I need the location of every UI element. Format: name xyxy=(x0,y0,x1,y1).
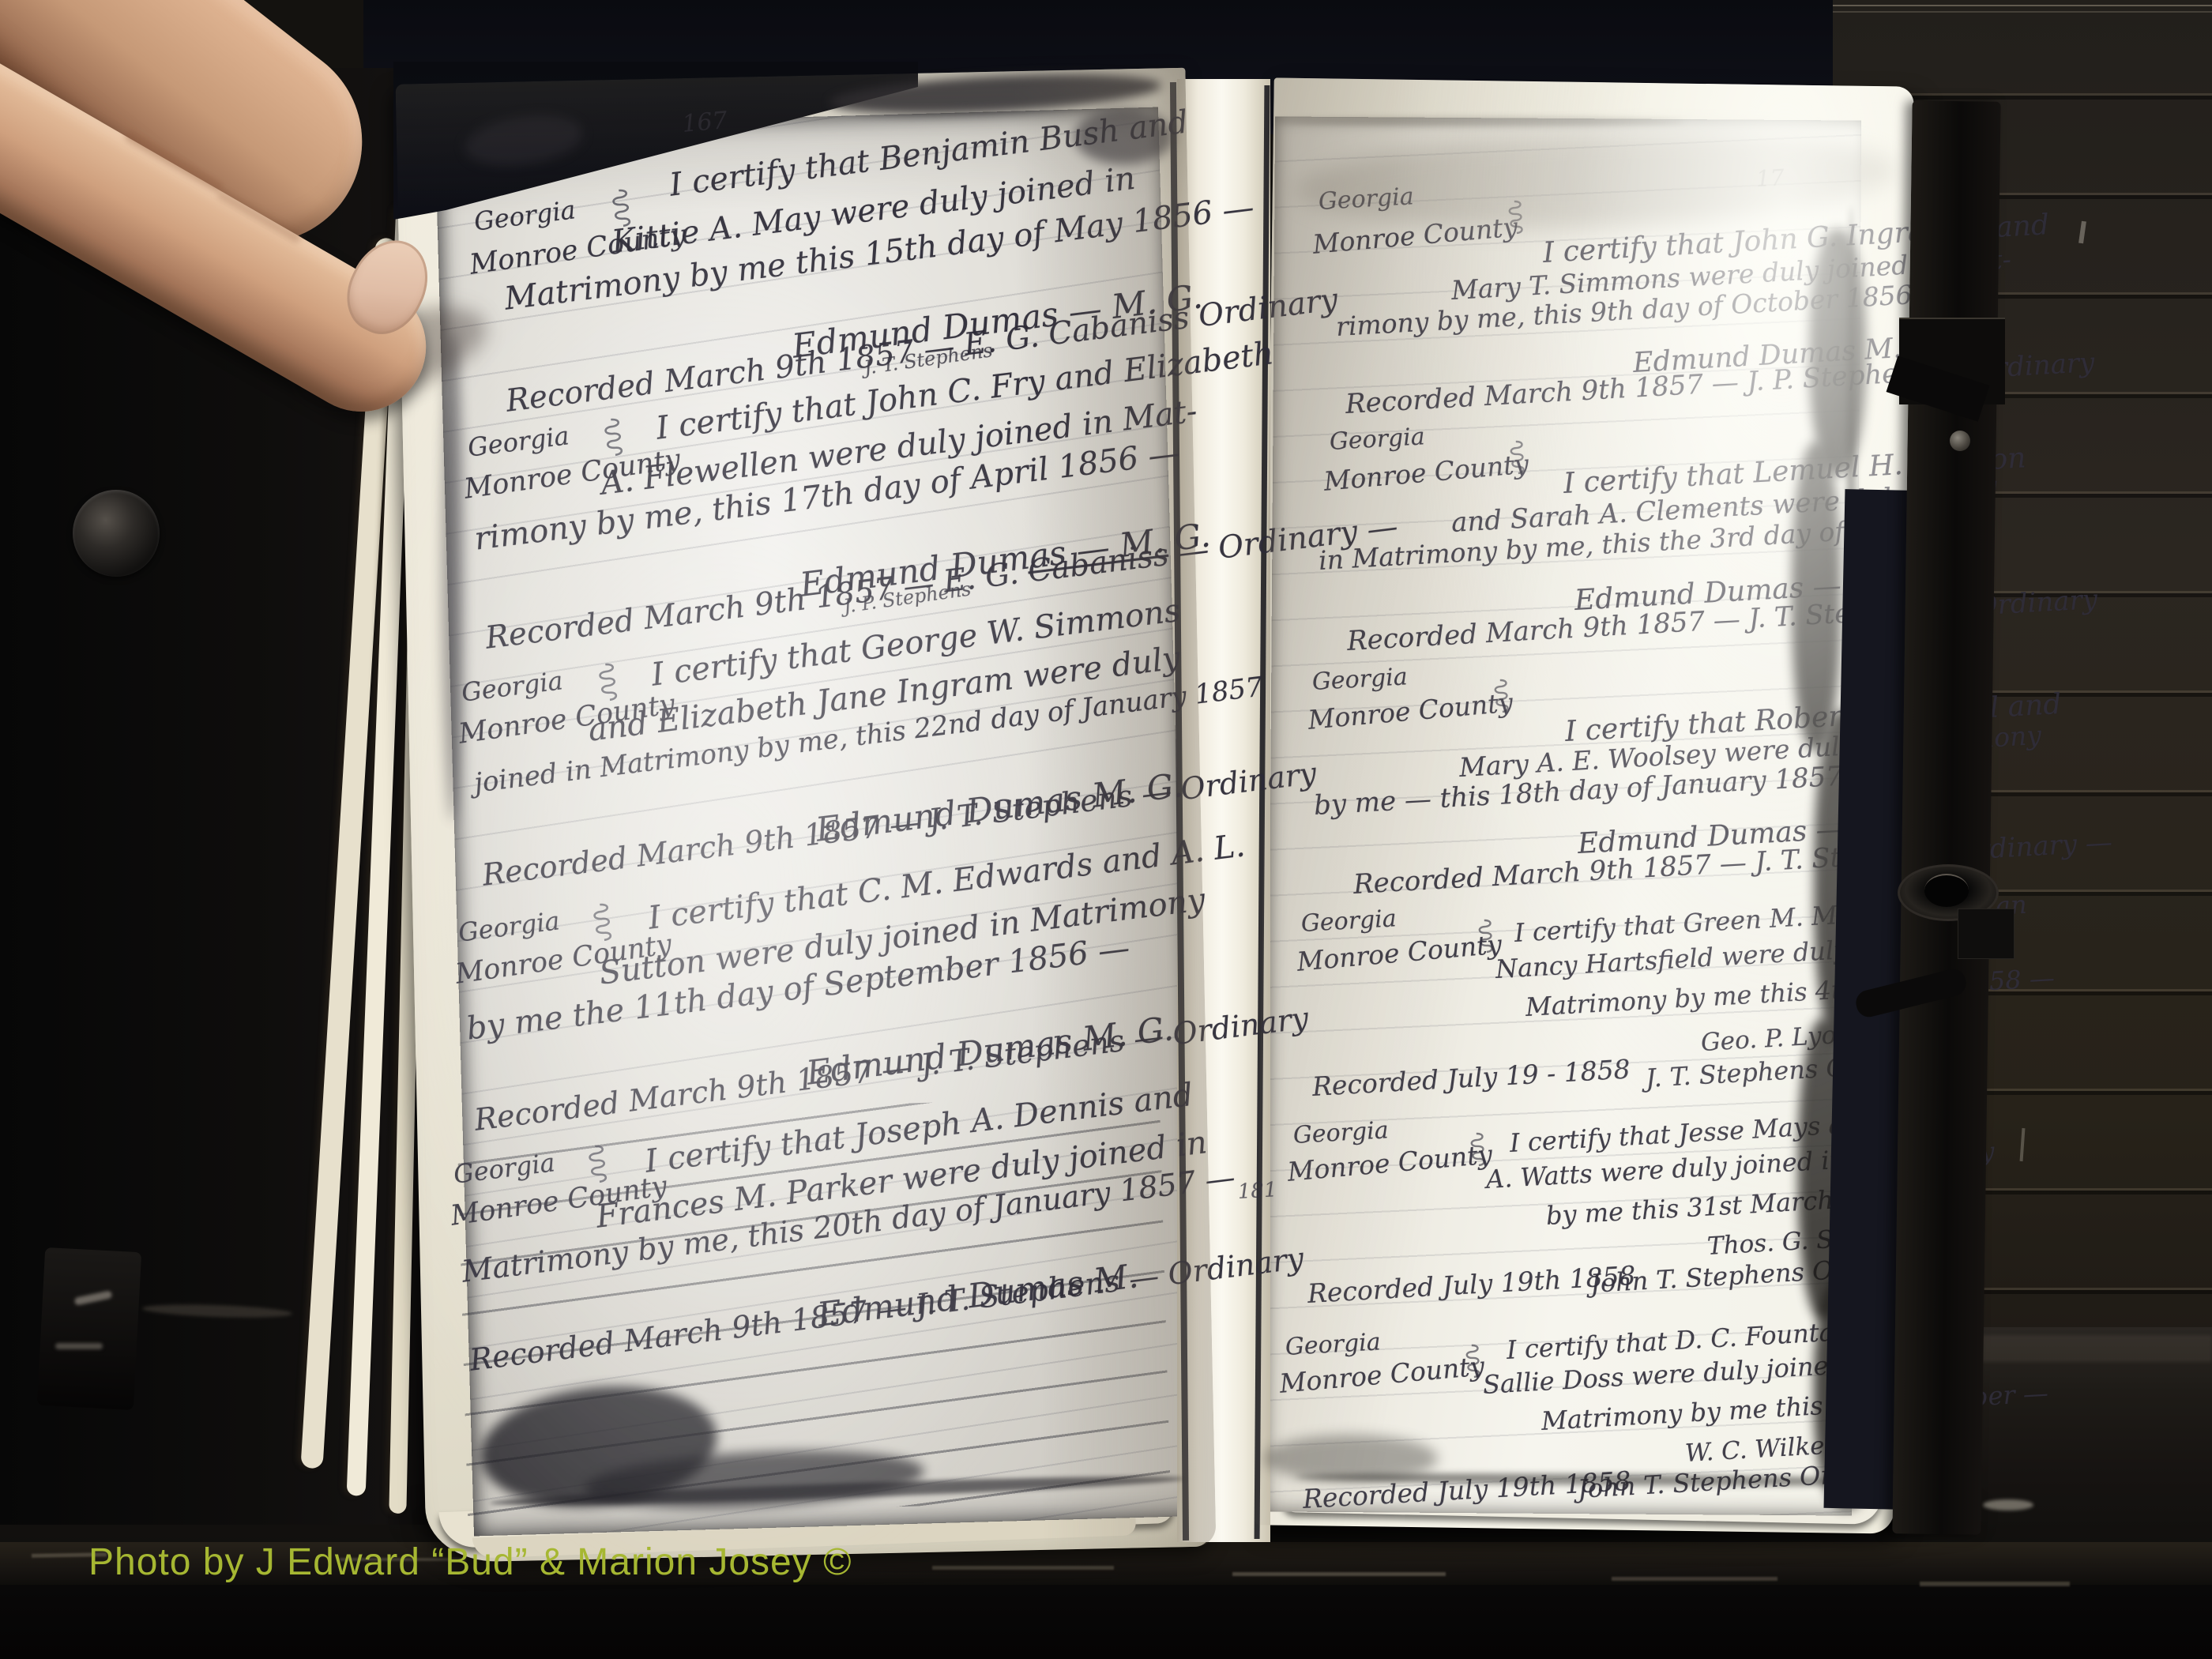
photograph-scene: 167 Georgia Monroe County I certify that… xyxy=(0,0,2212,1659)
shelf-front-face xyxy=(0,1585,2212,1659)
shelf-scratch-mark xyxy=(1232,1572,1446,1576)
shelf-scratch-mark xyxy=(1612,1577,1777,1581)
county-label: Monroe County xyxy=(1322,448,1530,497)
fingernail xyxy=(333,228,442,347)
binder-cover-edge-highlight xyxy=(438,190,442,1422)
place-label: Georgia xyxy=(452,1147,557,1189)
binder-post-lower-left xyxy=(37,1247,141,1410)
place-label: Georgia xyxy=(1285,1328,1382,1361)
toner-smudge xyxy=(490,1472,1185,1510)
toner-haze xyxy=(1294,122,1898,238)
place-label: Georgia xyxy=(466,420,571,462)
toner-smudge xyxy=(442,332,463,822)
shelf-glint xyxy=(142,1303,292,1320)
toner-smudge xyxy=(475,1375,723,1518)
toner-smudge xyxy=(583,1443,925,1516)
panel-top-highlight-line xyxy=(1833,5,2212,6)
page-stack-edge xyxy=(347,204,416,1496)
toner-smudge xyxy=(1264,1435,1438,1482)
place-label: Georgia xyxy=(1318,182,1415,216)
toner-smudge xyxy=(1273,117,1684,126)
photographer-watermark: Photo by J Edward “Bud” & Marion Josey © xyxy=(88,1540,852,1584)
page-number: 167 xyxy=(681,107,728,138)
place-label: Georgia xyxy=(1292,1116,1390,1149)
finger-knuckle-crease xyxy=(216,189,303,244)
toner-smudge xyxy=(462,109,586,172)
page-number-faint: 17 xyxy=(1755,164,1785,192)
page-stack-edge xyxy=(300,238,397,1469)
panel-scratch xyxy=(2078,221,2086,244)
panel-scratch2 xyxy=(2020,1128,2026,1161)
place-label: Georgia xyxy=(457,905,562,947)
fingertip-shadow xyxy=(293,288,497,419)
left-page-bottom-curl xyxy=(438,1487,1174,1548)
post-glint xyxy=(73,1290,112,1306)
place-label: Georgia xyxy=(1329,423,1426,456)
shelf-glint xyxy=(1983,1499,2033,1510)
hand-index-finger xyxy=(0,23,450,435)
record-line: Recorded July 19th 1858 xyxy=(1307,1260,1636,1309)
shelf-scratch-mark xyxy=(1920,1582,2070,1586)
hand-upper-finger xyxy=(0,0,403,284)
margin-page-number: 181 xyxy=(1237,1178,1277,1204)
ordinary-signature: J. T. Stephens Ordinary xyxy=(1645,1047,1941,1093)
place-label: Georgia xyxy=(472,194,577,236)
place-label: Georgia xyxy=(1311,663,1409,696)
binder-grommet-left xyxy=(73,490,160,577)
panel-top-highlight-line2 xyxy=(1833,11,2212,13)
place-label: Georgia xyxy=(460,665,565,707)
finger-knuckle-crease xyxy=(123,130,224,194)
book-shadow xyxy=(411,1490,1975,1545)
county-label: Monroe County xyxy=(1311,211,1519,260)
shelf-scratch-mark xyxy=(932,1566,1114,1570)
page-stack-edge xyxy=(389,180,434,1514)
post-glint xyxy=(55,1343,103,1349)
record-line: Recorded July 19 - 1858 xyxy=(1311,1054,1631,1102)
place-label: Georgia xyxy=(1300,905,1398,938)
record-line: by me this 31st March 1858 xyxy=(1545,1181,1906,1231)
binder-cover-left xyxy=(0,68,452,1525)
